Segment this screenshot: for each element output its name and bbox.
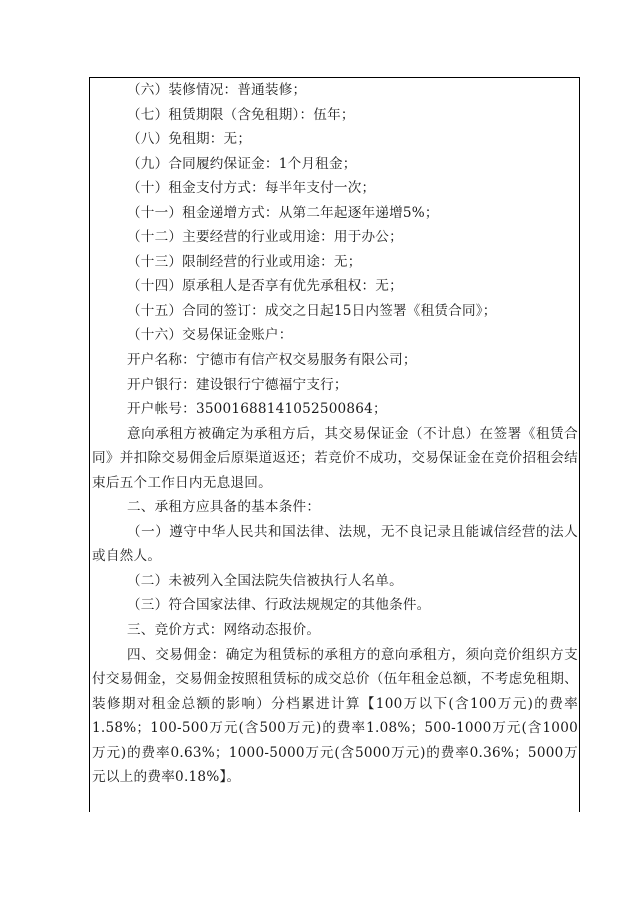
condition-2: （二）未被列入全国法院失信被执行人名单。	[92, 569, 578, 594]
document-body: （六）装修情况：普通装修； （七）租赁期限（含免租期）：伍年； （八）免租期：无…	[92, 78, 578, 790]
item-lease-term: （七）租赁期限（含免租期）：伍年；	[92, 103, 578, 128]
item-rent-increase: （十一）租金递增方式：从第二年起逐年递增5%；	[92, 201, 578, 226]
item-restricted-use: （十三）限制经营的行业或用途：无；	[92, 250, 578, 275]
item-decoration: （六）装修情况：普通装修；	[92, 78, 578, 103]
item-main-use: （十二）主要经营的行业或用途：用于办公；	[92, 225, 578, 250]
deposit-paragraph: 意向承租方被确定为承租方后，其交易保证金（不计息）在签署《租赁合同》并扣除交易佣…	[92, 422, 578, 496]
condition-1: （一）遵守中华人民共和国法律、法规，无不良记录且能诚信经营的法人或自然人。	[92, 520, 578, 569]
item-rent-free-period: （八）免租期：无；	[92, 127, 578, 152]
section3-title: 三、竞价方式：网络动态报价。	[92, 618, 578, 643]
condition-3: （三）符合国家法律、行政法规规定的其他条件。	[92, 593, 578, 618]
account-name: 开户名称：宁德市有信产权交易服务有限公司；	[92, 348, 578, 373]
item-contract-signing: （十五）合同的签订：成交之日起15日内签署《租赁合同》；	[92, 299, 578, 324]
item-payment-method: （十）租金支付方式：每半年支付一次；	[92, 176, 578, 201]
item-performance-bond: （九）合同履约保证金：1个月租金；	[92, 152, 578, 177]
section2-title: 二、承租方应具备的基本条件：	[92, 495, 578, 520]
account-bank: 开户银行：建设银行宁德福宁支行；	[92, 373, 578, 398]
item-deposit-account: （十六）交易保证金账户：	[92, 323, 578, 348]
account-number: 开户帐号：35001688141052500864；	[92, 397, 578, 422]
item-priority-right: （十四）原承租人是否享有优先承租权：无；	[92, 274, 578, 299]
section4-paragraph: 四、交易佣金：确定为租赁标的承租方的意向承租方，须向竞价组织方支付交易佣金，交易…	[92, 643, 578, 790]
